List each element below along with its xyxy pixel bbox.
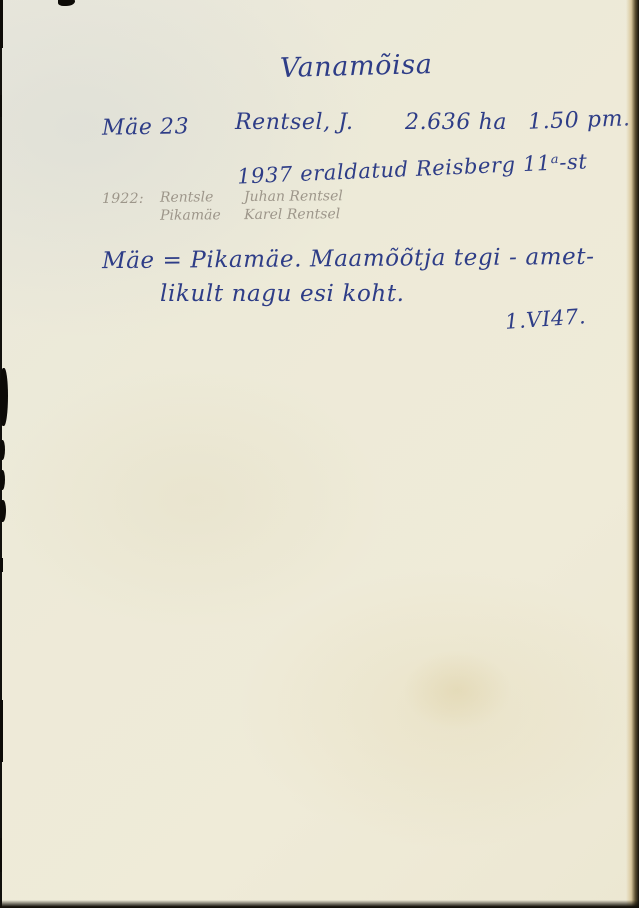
remark-line-1: Mäe = Pikamäe. Maamõõtja tegi - amet-: [102, 245, 595, 275]
scan-edge-artifact: [0, 95, 2, 117]
pencil-farm-name: Rentsle: [160, 189, 244, 206]
pencil-ownership-list: Rentsle Juhan Rentsel Pikamäe Karel Rent…: [160, 188, 343, 224]
pencil-row: Rentsle Juhan Rentsel: [160, 188, 343, 206]
page-title: Vanamõisa: [280, 50, 433, 84]
pencil-person-name: Karel Rentsel: [244, 206, 340, 223]
separation-note: 1937 eraldatud Reisberg 11ᵃ-st: [237, 150, 588, 188]
farm-name-number: Mäe 23: [102, 115, 190, 141]
scanned-page: Vanamõisa Mäe 23 Rentsel, J. 2.636 ha 1.…: [0, 0, 639, 908]
land-value: 1.50 pm.: [528, 107, 632, 135]
pencil-person-name: Juhan Rentsel: [244, 188, 343, 205]
scan-edge-artifact: [0, 838, 2, 872]
scan-edge-shadow-bottom: [0, 900, 639, 908]
pencil-row: Pikamäe Karel Rentsel: [160, 206, 343, 224]
pencil-year: 1922:: [102, 191, 144, 207]
remark-line-2: likult nagu esi koht.: [160, 282, 405, 307]
owner-name: Rentsel, J.: [235, 111, 354, 135]
scan-edge-shadow-right: [626, 0, 639, 908]
paper: Vanamõisa Mäe 23 Rentsel, J. 2.636 ha 1.…: [2, 0, 639, 908]
scan-edge-artifact: [0, 0, 3, 48]
scan-edge-artifact: [0, 700, 3, 762]
scan-edge-artifact: [0, 558, 3, 572]
record-date: 1.VI47.: [504, 305, 587, 334]
paper-stain: [402, 650, 512, 730]
pencil-farm-name: Pikamäe: [160, 207, 244, 224]
land-area: 2.636 ha: [405, 111, 507, 135]
